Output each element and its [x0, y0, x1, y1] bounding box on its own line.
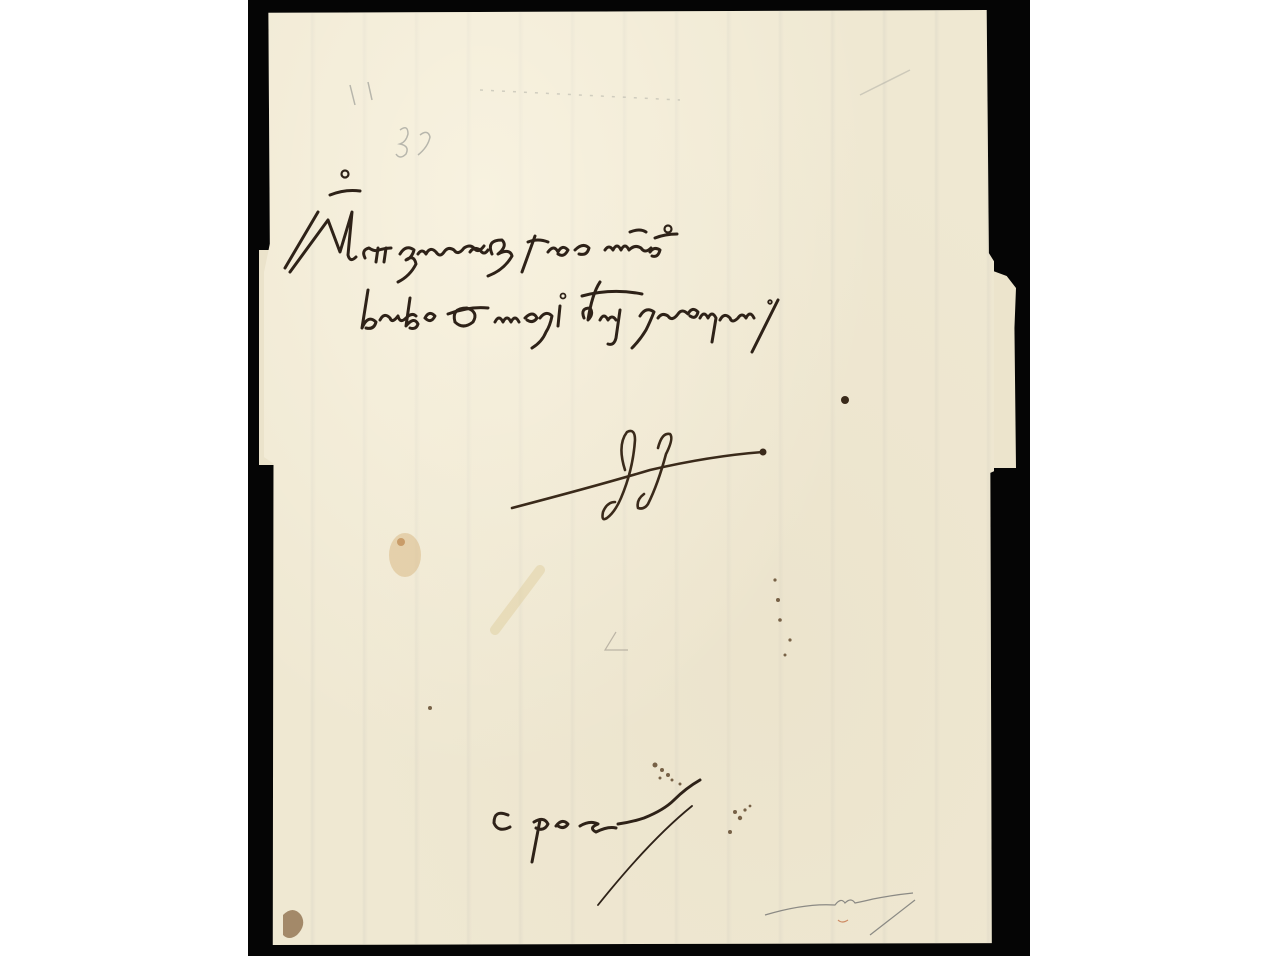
foxing-stains	[283, 396, 849, 938]
handwriting-layer	[0, 0, 1276, 956]
pencil-signature-mark	[765, 893, 915, 935]
central-ff-mark	[512, 431, 766, 519]
pencil-notes	[350, 70, 910, 157]
faint-numeral-mark	[605, 632, 628, 650]
address-line-1-ink	[285, 171, 677, 283]
destination-ink	[494, 780, 700, 905]
address-line-2-ink	[362, 282, 778, 352]
